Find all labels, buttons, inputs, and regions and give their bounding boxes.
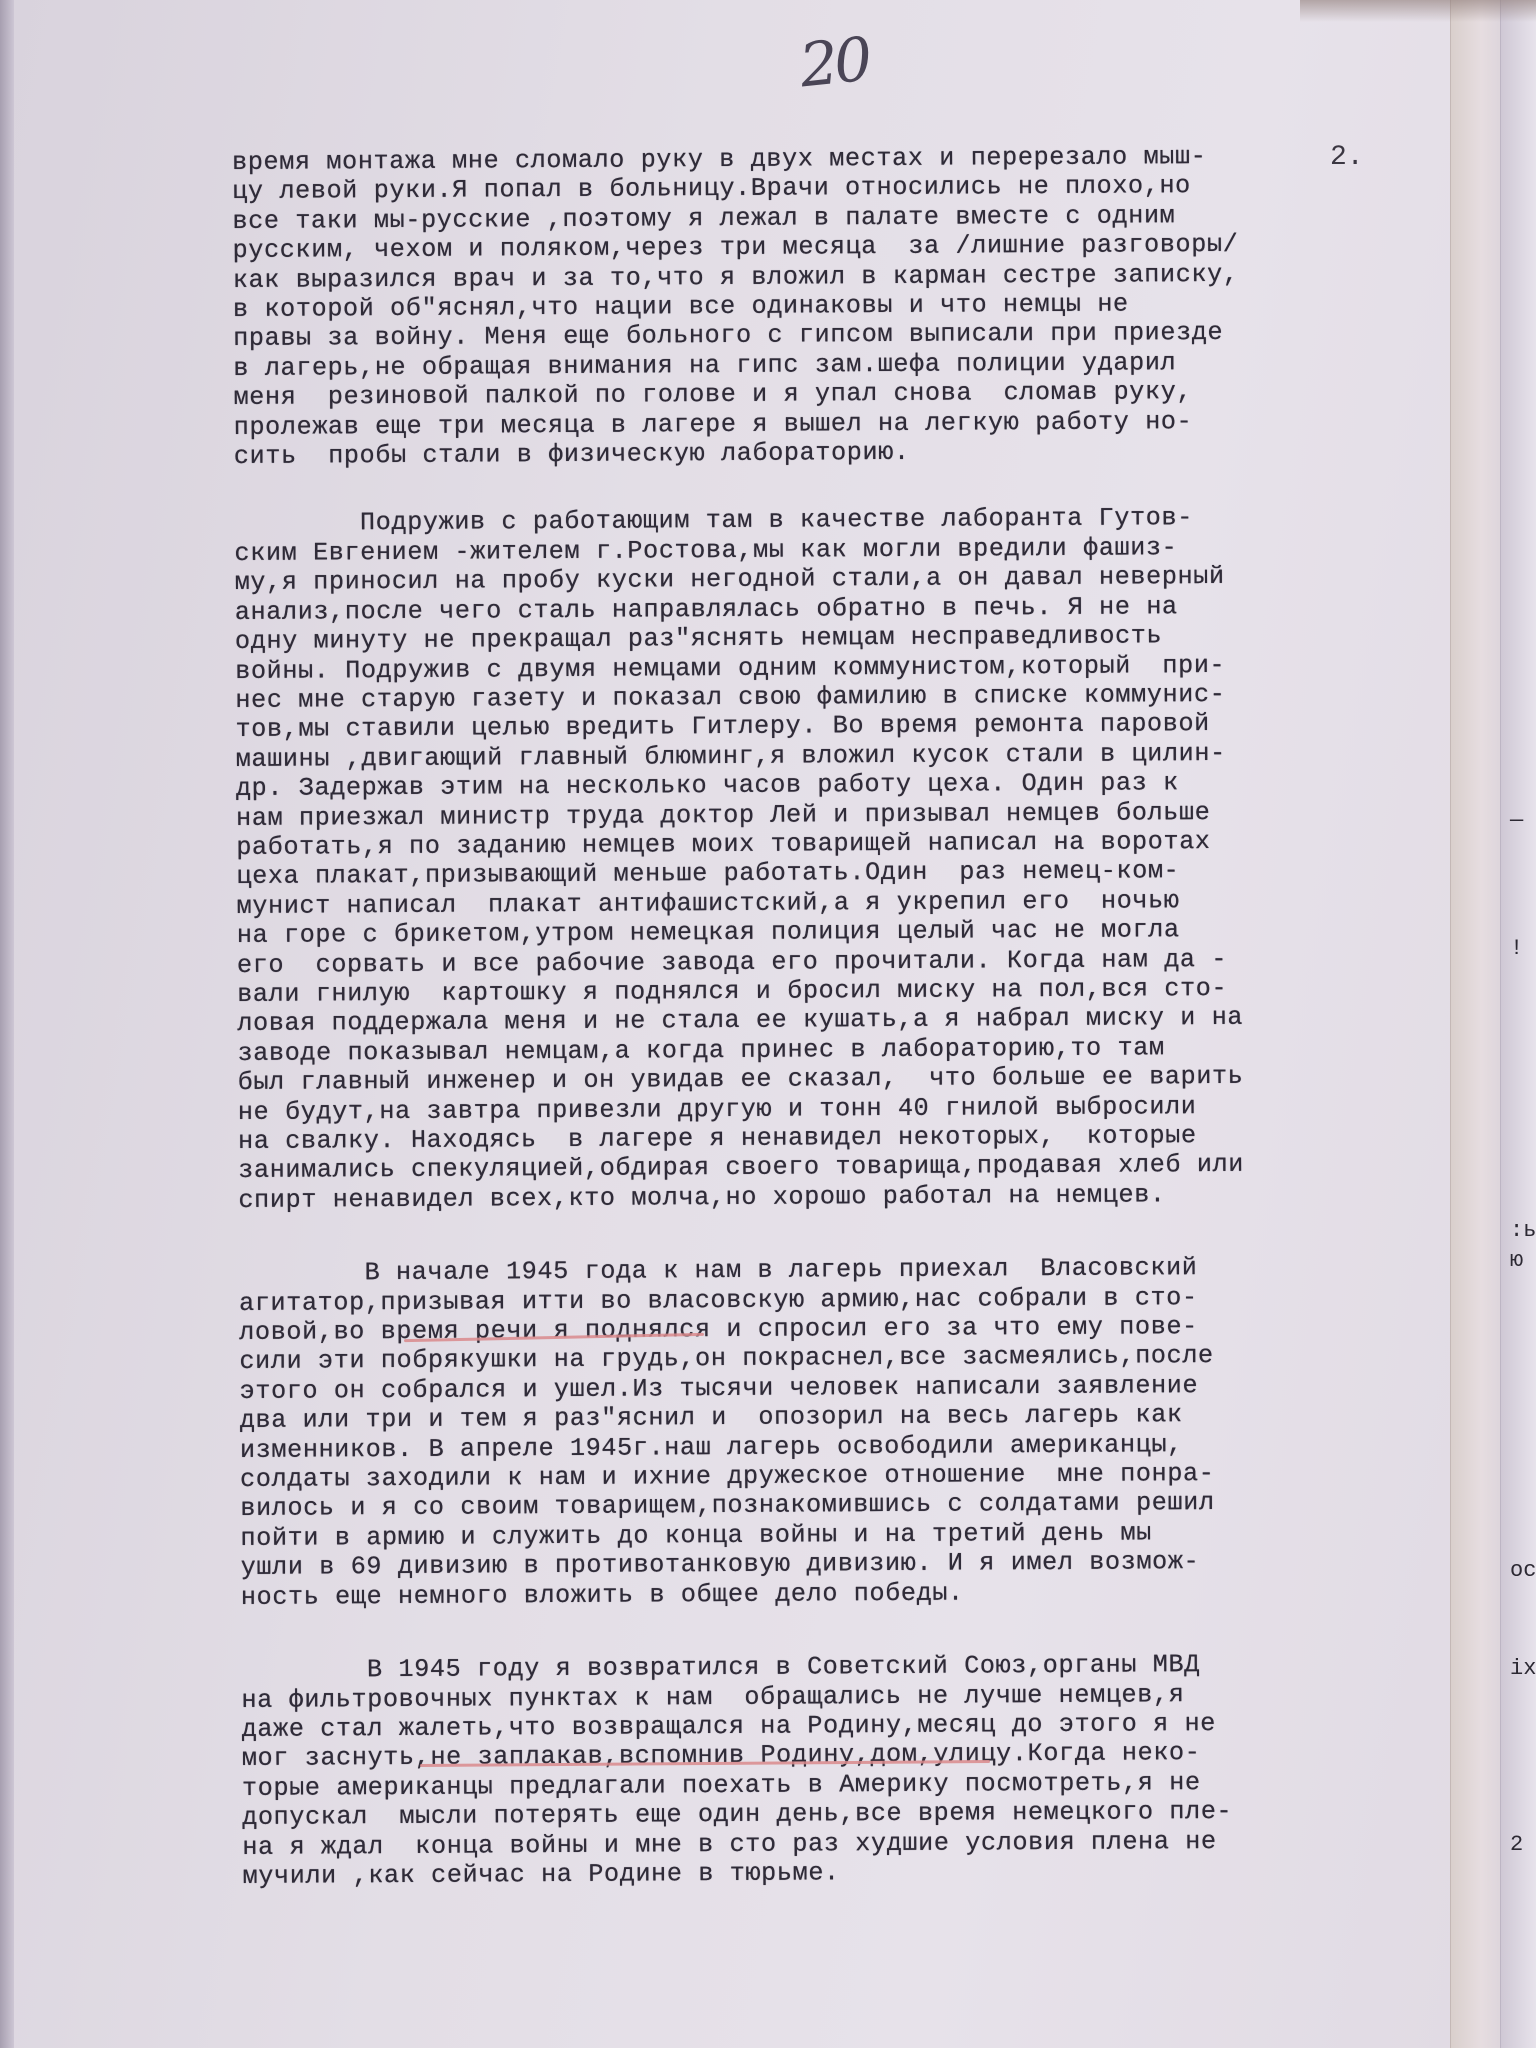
underlying-sheet-back <box>1500 0 1536 2048</box>
edge-mark: ix <box>1510 1656 1536 1681</box>
paragraph-gap <box>241 1604 1481 1656</box>
edge-mark: ос <box>1510 1558 1536 1583</box>
edge-mark: ! <box>1510 936 1536 961</box>
handwritten-folio-number: 20 <box>797 25 872 102</box>
edge-mark: ю <box>1510 1248 1536 1273</box>
paragraph: В начале 1945 года к нам в лагерь приеха… <box>239 1252 1481 1612</box>
edge-mark: :ь <box>1510 1218 1536 1243</box>
paragraph: В 1945 году я возвратился в Советский Со… <box>241 1648 1482 1891</box>
edge-mark: — <box>1510 808 1536 833</box>
paragraph-gap <box>239 1208 1479 1260</box>
top-shadow <box>1300 0 1536 22</box>
background-left-edge <box>0 0 14 2048</box>
paragraph: время монтажа мне сломало руку в двух ме… <box>232 140 1474 471</box>
typewritten-text: время монтажа мне сломало руку в двух ме… <box>232 140 1483 1891</box>
paragraph: Подружив с работающим там в качестве лаб… <box>234 502 1478 1215</box>
edge-mark: 2 <box>1510 1832 1536 1857</box>
